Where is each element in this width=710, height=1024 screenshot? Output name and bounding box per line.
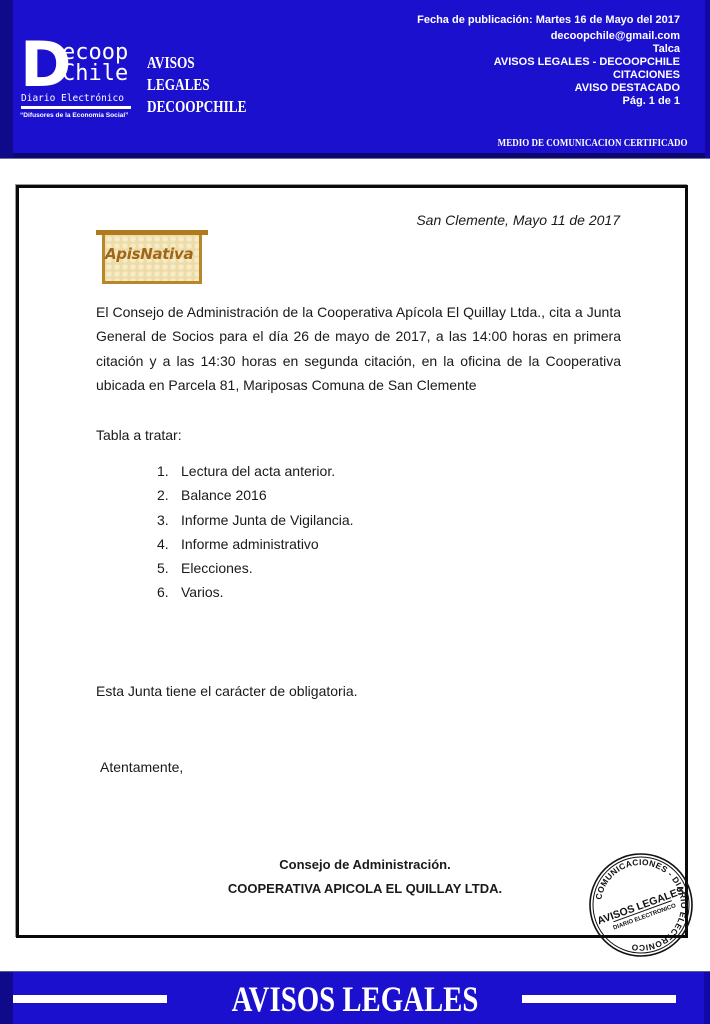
logo-underline [21, 106, 131, 109]
publication-category: CITACIONES [417, 69, 680, 82]
agenda-item-number: 3. [157, 511, 181, 529]
publication-type: AVISO DESTACADO [417, 82, 680, 95]
publication-info: Fecha de publicación: Martes 16 de Mayo … [417, 14, 680, 108]
certified-label: MEDIO DE COMUNICACION CERTIFICADO [498, 137, 688, 150]
agenda-item: 2.Balance 2016 [157, 486, 354, 510]
agenda-item-text: Informe Junta de Vigilancia. [181, 512, 354, 528]
agenda-item-number: 5. [157, 559, 181, 577]
header-edge-shade [705, 0, 710, 158]
header-banner: D ecoop Chile Diario Electrónico “Difuso… [0, 0, 710, 159]
logo-brand-text: ApisNativa [105, 244, 193, 264]
signature-line2: COOPERATIVA APICOLA EL QUILLAY LTDA. [190, 877, 540, 901]
document-date: San Clemente, Mayo 11 de 2017 [416, 211, 620, 229]
agenda-item-number: 1. [157, 462, 181, 480]
agenda-item: 3.Informe Junta de Vigilancia. [157, 511, 354, 535]
publication-section: AVISOS LEGALES - DECOOPCHILE [417, 56, 680, 69]
signature-line1: Consejo de Administración. [190, 853, 540, 877]
agenda-item-text: Elecciones. [181, 560, 253, 576]
footer-banner: AVISOS LEGALES [0, 971, 710, 1024]
decoopchile-logo[interactable]: D ecoop Chile Diario Electrónico “Difuso… [20, 38, 132, 128]
footer-decorative-bar [522, 995, 676, 1003]
agenda-item-text: Balance 2016 [181, 487, 267, 503]
section-title-line: LEGALES [147, 74, 246, 96]
page-indicator: Pág. 1 de 1 [417, 95, 680, 108]
agenda-label: Tabla a tratar: [96, 426, 182, 444]
mandatory-note: Esta Junta tiene el carácter de obligato… [96, 682, 358, 700]
signature-block: Consejo de Administración. COOPERATIVA A… [190, 853, 540, 901]
section-title: AVISOS LEGALES DECOOPCHILE [147, 52, 246, 118]
publication-date: Fecha de publicación: Martes 16 de Mayo … [417, 14, 680, 27]
contact-email[interactable]: decoopchile@gmail.com [417, 30, 680, 43]
agenda-item: 1.Lectura del acta anterior. [157, 462, 354, 486]
publication-city: Talca [417, 43, 680, 56]
agenda-item-number: 6. [157, 583, 181, 601]
logo-subtitle: Diario Electrónico [21, 93, 124, 104]
agenda-item-text: Informe administrativo [181, 536, 319, 552]
agenda-item-text: Varios. [181, 584, 224, 600]
section-title-line: AVISOS [147, 52, 246, 74]
logo-line2: Chile [62, 63, 128, 85]
agenda-item-text: Lectura del acta anterior. [181, 463, 335, 479]
citation-paragraph: El Consejo de Administración de la Coope… [96, 300, 621, 397]
section-title-line: DECOOPCHILE [147, 96, 246, 118]
agenda-item: 6.Varios. [157, 583, 354, 607]
agenda-item-number: 4. [157, 535, 181, 553]
agenda-item: 5.Elecciones. [157, 559, 354, 583]
closing-salutation: Atentamente, [100, 758, 183, 776]
apisnativa-logo: ApisNativa [96, 230, 208, 286]
certification-stamp-icon: COMUNICACIONES - DIARIO ELECTRONICO AVIS… [588, 852, 694, 958]
agenda-item-number: 2. [157, 486, 181, 504]
agenda-item: 4.Informe administrativo [157, 535, 354, 559]
logo-slogan: “Difusores de la Economía Social” [20, 112, 128, 120]
agenda-list: 1.Lectura del acta anterior. 2.Balance 2… [157, 462, 354, 608]
